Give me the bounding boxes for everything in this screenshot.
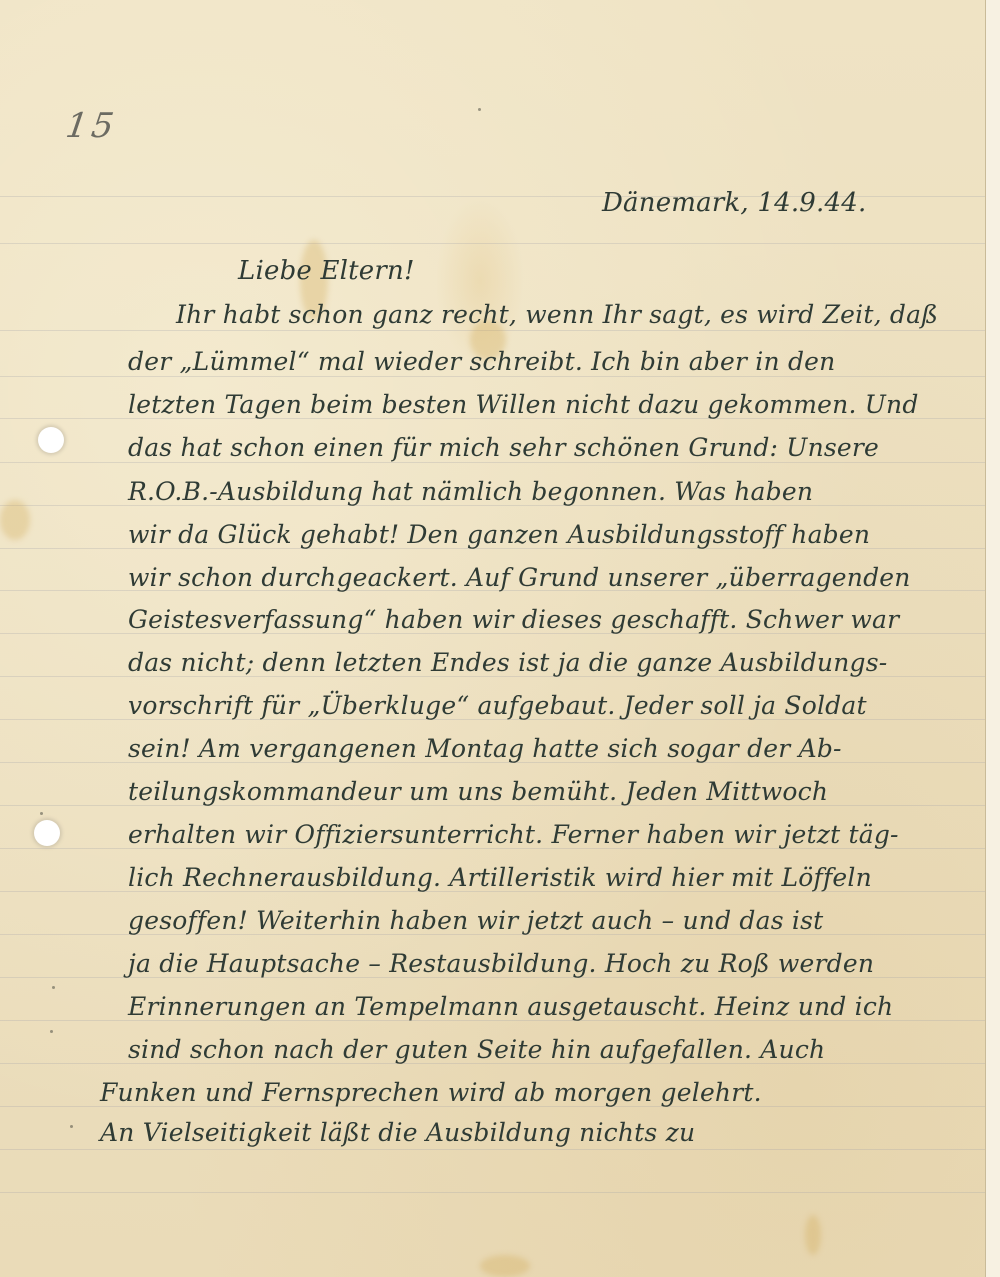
ruled-line [0, 1149, 985, 1150]
salutation: Liebe Eltern! [238, 256, 415, 286]
ruled-line [0, 243, 985, 244]
ruled-line [0, 1192, 985, 1193]
letter-line: gesoffen! Weiterhin haben wir jetzt auch… [128, 906, 823, 935]
letter-line: wir schon durchgeackert. Auf Grund unser… [128, 563, 911, 592]
letter-line: sein! Am vergangenen Montag hatte sich s… [128, 734, 842, 763]
paper-edge [985, 0, 1000, 1277]
ink-speck [40, 812, 43, 815]
ink-speck [478, 108, 481, 111]
letter-line: das nicht; denn letzten Endes ist ja die… [128, 648, 887, 677]
dateline: Dänemark, 14.9.44. [602, 188, 866, 218]
letter-line: Ihr habt schon ganz recht, wenn Ihr sagt… [176, 300, 938, 329]
letter-line: ja die Hauptsache – Restausbildung. Hoch… [128, 949, 874, 978]
age-stain [480, 1255, 530, 1277]
ruled-line [0, 462, 985, 463]
ink-speck [50, 1030, 53, 1033]
letter-line: das hat schon einen für mich sehr schöne… [128, 433, 879, 462]
age-stain [0, 500, 30, 540]
letter-line: lich Rechnerausbildung. Artilleristik wi… [128, 863, 872, 892]
punch-hole [38, 427, 64, 453]
page-number: 15 [63, 106, 120, 146]
letter-line: sind schon nach der guten Seite hin aufg… [128, 1035, 825, 1064]
letter-line: wir da Glück gehabt! Den ganzen Ausbildu… [128, 520, 870, 549]
punch-hole [34, 820, 60, 846]
ink-speck [70, 1125, 73, 1128]
letter-line: teilungskommandeur um uns bemüht. Jeden … [128, 777, 828, 806]
letter-line: letzten Tagen beim besten Willen nicht d… [128, 390, 919, 419]
letter-line: erhalten wir Offiziersunterricht. Ferner… [128, 820, 899, 849]
ruled-line [0, 376, 985, 377]
letter-line: Erinnerungen an Tempelmann ausgetauscht.… [128, 992, 893, 1021]
age-stain [805, 1215, 821, 1255]
letter-line: der „Lümmel“ mal wieder schreibt. Ich bi… [128, 347, 835, 376]
letter-line: R.O.B.-Ausbildung hat nämlich begonnen. … [128, 477, 813, 506]
letter-page: 15 Dänemark, 14.9.44. Liebe Eltern! Ihr … [0, 0, 1000, 1277]
letter-line: Funken und Fernsprechen wird ab morgen g… [100, 1078, 762, 1107]
letter-line: vorschrift für „Überkluge“ aufgebaut. Je… [128, 691, 867, 720]
ink-speck [52, 986, 55, 989]
letter-line: Geistesverfassung“ haben wir dieses gesc… [128, 605, 899, 634]
letter-line: An Vielseitigkeit läßt die Ausbildung ni… [100, 1118, 695, 1147]
